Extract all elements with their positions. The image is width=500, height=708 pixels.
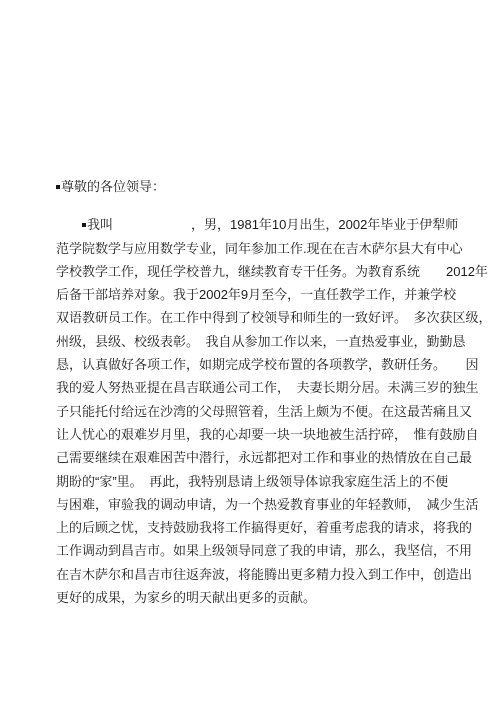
text-line: 在吉木萨尔和昌吉市往返奔波，将能腾出更多精力投入到工作中，创造出 [56, 563, 470, 586]
text-line-content: 与困难，审验我的调动申请，为一个热爱教育事业的年轻教师， 减少生活 [56, 497, 479, 512]
text-line: 让人忧心的艰难岁月里，我的心却要一块一块地被生活拧碎， 惟有鼓励自 [56, 423, 470, 446]
text-line: 我的爱人努热亚提在昌吉联通公司工作， 夫妻长期分居。未满三岁的独生 [56, 376, 470, 399]
text-line-content: 工作调动到昌吉市。如果上级领导同意了我的申请，那么，我坚信，不用 [56, 543, 472, 558]
text-line-content: 我叫 ，男，1981年10月出生，2002年毕业于伊犁师 [87, 217, 458, 232]
paragraph-mark-icon [56, 185, 60, 189]
text-line: 范学院数学与应用数学专业，同年参加工作.现在在吉木萨尔县大有中心 [56, 237, 470, 260]
text-line-content: 期盼的“家”里。 再此，我特别恳请上级领导体谅我家庭生活上的不便 [56, 474, 448, 489]
text-line-content: 后备干部培养对象。我于2002年9月至今，一直任教学工作，并兼学校 [56, 287, 456, 302]
text-line-content: 恳，认真做好各项工作，如期完成学校布置的各项教学，教研任务。 因 [56, 357, 479, 372]
letter-body: 尊敬的各位领导： 我叫 ，男，1981年10月出生，2002年毕业于伊犁师范学院… [56, 175, 470, 609]
document-page: 尊敬的各位领导： 我叫 ，男，1981年10月出生，2002年毕业于伊犁师范学院… [0, 0, 500, 708]
text-line: 更好的成果，为家乡的明天献出更多的贡献。 [56, 586, 470, 609]
text-line-content: 州级，县级、校级表彰。 我自从参加工作以来，一直热爱事业，勤勤恳 [56, 334, 466, 349]
text-line-content: 双语教研员工作。在工作中得到了校领导和师生的一致好评。 多次获区级， [56, 310, 492, 325]
text-line-content: 子只能托付给远在沙湾的父母照管着，生活上颇为不便。在这最苦痛且又 [56, 404, 472, 419]
text-line: 与困难，审验我的调动申请，为一个热爱教育事业的年轻教师， 减少生活 [56, 493, 470, 516]
text-line: 子只能托付给远在沙湾的父母照管着，生活上颇为不便。在这最苦痛且又 [56, 400, 470, 423]
text-line-content: 让人忧心的艰难岁月里，我的心却要一块一块地被生活拧碎， 惟有鼓励自 [56, 427, 479, 442]
text-line: 州级，县级、校级表彰。 我自从参加工作以来，一直热爱事业，勤勤恳 [56, 330, 470, 353]
text-line-content: 己需要继续在艰难困苦中潜行，永远都把对工作和事业的热情放在自己最 [56, 450, 472, 465]
text-line-content: 在吉木萨尔和昌吉市往返奔波，将能腾出更多精力投入到工作中，创造出 [56, 567, 472, 582]
text-line: 双语教研员工作。在工作中得到了校领导和师生的一致好评。 多次获区级， [56, 306, 470, 329]
paragraph: 我叫 ，男，1981年10月出生，2002年毕业于伊犁师范学院数学与应用数学专业… [56, 213, 470, 609]
text-line-content: 上的后顾之忧，支持鼓励我将工作搞得更好，着重考虑我的请求，将我的 [56, 520, 472, 535]
text-line-content: 更好的成果，为家乡的明天献出更多的贡献。 [56, 590, 316, 605]
greeting-line: 尊敬的各位领导： [56, 175, 470, 198]
text-line-content: 我的爱人努热亚提在昌吉联通公司工作， 夫妻长期分居。未满三岁的独生 [56, 380, 479, 395]
text-line: 我叫 ，男，1981年10月出生，2002年毕业于伊犁师 [82, 213, 470, 236]
text-line: 期盼的“家”里。 再此，我特别恳请上级领导体谅我家庭生活上的不便 [56, 470, 470, 493]
text-line: 后备干部培养对象。我于2002年9月至今，一直任教学工作，并兼学校 [56, 283, 470, 306]
text-line: 学校教学工作，现任学校普九，继续教育专干任务。为教育系统 2012年 [56, 260, 470, 283]
paragraph-mark-icon [82, 223, 86, 227]
text-line: 恳，认真做好各项工作，如期完成学校布置的各项教学，教研任务。 因 [56, 353, 470, 376]
text-line-content: 学校教学工作，现任学校普九，继续教育专干任务。为教育系统 2012年 [56, 264, 488, 279]
text-line: 己需要继续在艰难困苦中潜行，永远都把对工作和事业的热情放在自己最 [56, 446, 470, 469]
text-line: 工作调动到昌吉市。如果上级领导同意了我的申请，那么，我坚信，不用 [56, 539, 470, 562]
text-line: 上的后顾之忧，支持鼓励我将工作搞得更好，着重考虑我的请求，将我的 [56, 516, 470, 539]
greeting-text: 尊敬的各位领导： [61, 179, 165, 194]
text-line-content: 范学院数学与应用数学专业，同年参加工作.现在在吉木萨尔县大有中心 [56, 241, 463, 256]
